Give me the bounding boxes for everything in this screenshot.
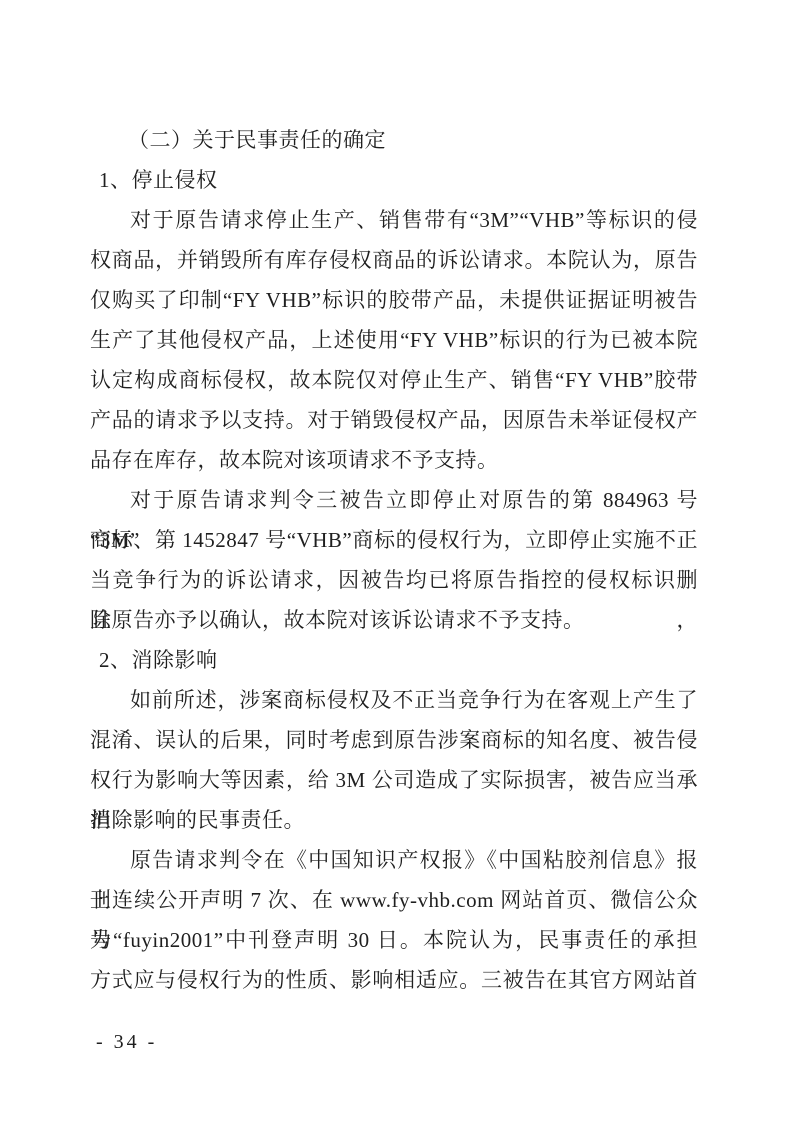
document-page: （二）关于民事责任的确定1、停止侵权对于原告请求停止生产、销售带有“3M”“VH… bbox=[0, 0, 794, 1123]
page-number: - 34 - bbox=[96, 1030, 157, 1054]
text-line: 消除影响的民事责任。 bbox=[90, 800, 698, 840]
text-line: 权行为影响大等因素，给 3M 公司造成了实际损害，被告应当承担 bbox=[90, 760, 698, 800]
text-line: 权商品，并销毁所有库存侵权商品的诉讼请求。本院认为，原告 bbox=[90, 240, 698, 280]
text-line: 2、消除影响 bbox=[90, 640, 698, 680]
text-line: 1、停止侵权 bbox=[90, 160, 698, 200]
text-line: 方式应与侵权行为的性质、影响相适应。三被告在其官方网站首 bbox=[90, 960, 698, 1000]
text-line: 认定构成商标侵权，故本院仅对停止生产、销售“FY VHB”胶带 bbox=[90, 360, 698, 400]
text-line: 产品的请求予以支持。对于销毁侵权产品，因原告未举证侵权产 bbox=[90, 400, 698, 440]
text-line: 对于原告请求判令三被告立即停止对原告的第 884963 号“3M” bbox=[90, 480, 698, 520]
text-line: 混淆、误认的后果，同时考虑到原告涉案商标的知名度、被告侵 bbox=[90, 720, 698, 760]
text-line: 上连续公开声明 7 次、在 www.fy-vhb.com 网站首页、微信公众号 bbox=[90, 880, 698, 920]
text-line: 对于原告请求停止生产、销售带有“3M”“VHB”等标识的侵 bbox=[90, 200, 698, 240]
text-line: 生产了其他侵权产品，上述使用“FY VHB”标识的行为已被本院 bbox=[90, 320, 698, 360]
text-line: 商标、第 1452847 号“VHB”商标的侵权行为，立即停止实施不正 bbox=[90, 520, 698, 560]
text-line: 原告请求判令在《中国知识产权报》《中国粘胶剂信息》报刊 bbox=[90, 840, 698, 880]
text-line: 如前所述，涉案商标侵权及不正当竞争行为在客观上产生了 bbox=[90, 680, 698, 720]
text-line: 当竞争行为的诉讼请求，因被告均已将原告指控的侵权标识删除， bbox=[90, 560, 698, 600]
text-line: 品存在库存，故本院对该项请求不予支持。 bbox=[90, 440, 698, 480]
text-line: 仅购买了印制“FY VHB”标识的胶带产品，未提供证据证明被告 bbox=[90, 280, 698, 320]
document-body: （二）关于民事责任的确定1、停止侵权对于原告请求停止生产、销售带有“3M”“VH… bbox=[90, 120, 698, 1000]
text-line: （二）关于民事责任的确定 bbox=[90, 120, 698, 160]
text-line: 为“fuyin2001”中刊登声明 30 日。本院认为，民事责任的承担 bbox=[90, 920, 698, 960]
